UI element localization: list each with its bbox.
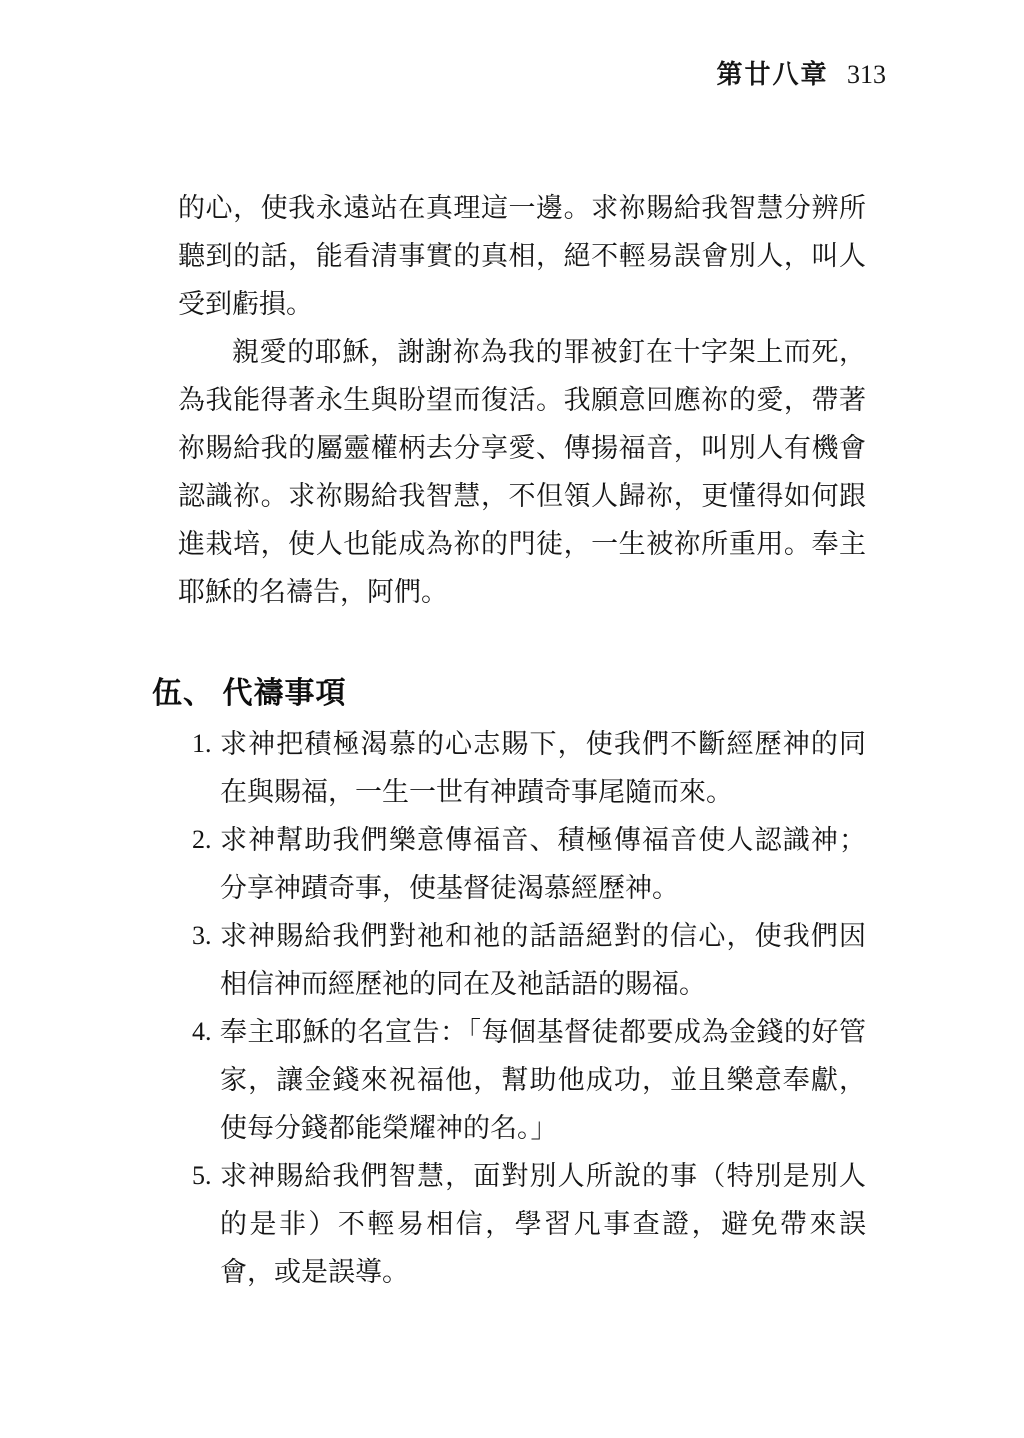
list-item-text: 求神把積極渴慕的心志賜下，使我們不斷經歷神的同在與賜福，一生一世有神蹟奇事尾隨而… — [220, 720, 866, 816]
list-item-text: 求神賜給我們智慧，面對別人所說的事（特別是別人的是非）不輕易相信，學習凡事查證，… — [220, 1152, 866, 1296]
list-item: 2. 求神幫助我們樂意傳福音、積極傳福音使人認識神；分享神蹟奇事，使基督徒渴慕經… — [178, 816, 866, 912]
section-heading-intercession: 伍、 代禱事項 — [152, 674, 866, 714]
list-item: 1. 求神把積極渴慕的心志賜下，使我們不斷經歷神的同在與賜福，一生一世有神蹟奇事… — [178, 720, 866, 816]
list-item-number: 3. — [192, 912, 212, 960]
page-body: 的心，使我永遠站在真理這一邊。求祢賜給我智慧分辨所聽到的話，能看清事實的真相，絕… — [178, 184, 866, 1296]
intercession-list: 1. 求神把積極渴慕的心志賜下，使我們不斷經歷神的同在與賜福，一生一世有神蹟奇事… — [178, 720, 866, 1296]
list-item-text: 求神賜給我們對祂和祂的話語絕對的信心，使我們因相信神而經歷祂的同在及祂話語的賜福… — [220, 912, 866, 1008]
list-item-number: 5. — [192, 1152, 212, 1200]
list-item-number: 2. — [192, 816, 212, 864]
running-head: 第廿八章 313 — [716, 60, 886, 90]
list-item-number: 1. — [192, 720, 212, 768]
list-item-text: 求神幫助我們樂意傳福音、積極傳福音使人認識神；分享神蹟奇事，使基督徒渴慕經歷神。 — [220, 816, 866, 912]
list-item: 3. 求神賜給我們對祂和祂的話語絕對的信心，使我們因相信神而經歷祂的同在及祂話語… — [178, 912, 866, 1008]
list-item-text: 奉主耶穌的名宣告：「每個基督徒都要成為金錢的好管家，讓金錢來祝福他，幫助他成功，… — [220, 1008, 866, 1152]
list-item: 5. 求神賜給我們智慧，面對別人所說的事（特別是別人的是非）不輕易相信，學習凡事… — [178, 1152, 866, 1296]
chapter-title: 第廿八章 — [716, 60, 828, 89]
prayer-paragraph-closing: 親愛的耶穌，謝謝祢為我的罪被釘在十字架上而死，為我能得著永生與盼望而復活。我願意… — [178, 328, 866, 616]
list-item: 4. 奉主耶穌的名宣告：「每個基督徒都要成為金錢的好管家，讓金錢來祝福他，幫助他… — [178, 1008, 866, 1152]
prayer-paragraph-continued: 的心，使我永遠站在真理這一邊。求祢賜給我智慧分辨所聽到的話，能看清事實的真相，絕… — [178, 184, 866, 328]
list-item-number: 4. — [192, 1008, 212, 1056]
page-number: 313 — [847, 60, 886, 89]
book-page: 第廿八章 313 的心，使我永遠站在真理這一邊。求祢賜給我智慧分辨所聽到的話，能… — [0, 0, 1024, 1438]
